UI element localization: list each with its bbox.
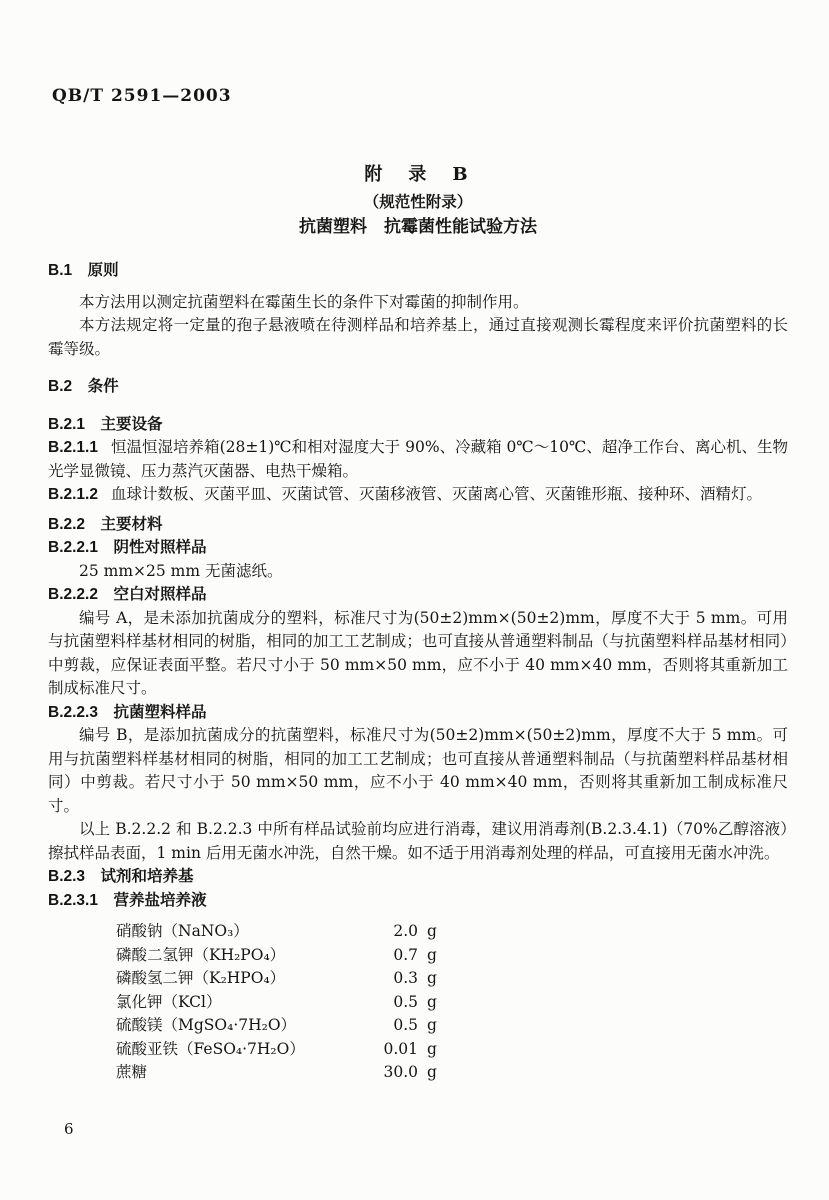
reagent-unit: g [427, 1061, 437, 1085]
paragraph-b223: 编号 B，是添加抗菌成分的抗菌塑料，标准尺寸为(50±2)mm×(50±2)mm… [48, 724, 788, 818]
heading-b2: B.2 条件 [48, 375, 788, 399]
clause-b211-label: B.2.1.1 [48, 439, 98, 456]
reagent-amount: 0.3 [360, 967, 418, 991]
clause-b211: B.2.1.1恒温恒湿培养箱(28±1)℃和相对湿度大于 90%、冷藏箱 0℃～… [48, 436, 788, 483]
reagent-amount: 0.5 [360, 1014, 418, 1038]
clause-b211-text: 恒温恒湿培养箱(28±1)℃和相对湿度大于 90%、冷藏箱 0℃～10℃、超净工… [48, 438, 788, 480]
reagent-unit: g [427, 967, 437, 991]
appendix-name: 抗菌塑料 抗霉菌性能试验方法 [48, 215, 788, 240]
appendix-label: 附 录 B [48, 162, 788, 187]
reagent-unit: g [427, 1014, 437, 1038]
heading-b223: B.2.2.3 抗菌塑料样品 [48, 701, 788, 725]
reagent-amount: 0.5 [360, 991, 418, 1015]
clause-b212-text: 血球计数板、灭菌平皿、灭菌试管、灭菌移液管、灭菌离心管、灭菌锥形瓶、接种环、酒精… [111, 485, 762, 503]
paragraph-disinfect: 以上 B.2.2.2 和 B.2.2.3 中所有样品试验前均应进行消毒，建议用消… [48, 818, 788, 865]
reagent-row: 磷酸二氢钾（KH₂PO₄） 0.7 g [48, 944, 788, 968]
document-content: 附 录 B （规范性附录） 抗菌塑料 抗霉菌性能试验方法 B.1 原则 本方法用… [48, 0, 788, 1085]
reagent-row: 磷酸氢二钾（K₂HPO₄） 0.3 g [48, 967, 788, 991]
reagent-row: 氯化钾（KCl） 0.5 g [48, 991, 788, 1015]
reagent-name: 硫酸镁（MgSO₄·7H₂O） [116, 1014, 360, 1038]
paragraph-b1-p1: 本方法用以测定抗菌塑料在霉菌生长的条件下对霉菌的抑制作用。 [48, 291, 788, 315]
paragraph-b221: 25 mm×25 mm 无菌滤纸。 [48, 560, 788, 584]
reagent-row: 硝酸钠（NaNO₃） 2.0 g [48, 920, 788, 944]
reagent-unit: g [427, 1038, 437, 1062]
page-number: 6 [64, 1120, 74, 1138]
heading-b22: B.2.2 主要材料 [48, 513, 788, 537]
reagent-amount: 2.0 [360, 920, 418, 944]
reagent-row: 硫酸镁（MgSO₄·7H₂O） 0.5 g [48, 1014, 788, 1038]
reagent-amount: 0.7 [360, 944, 418, 968]
clause-b212: B.2.1.2血球计数板、灭菌平皿、灭菌试管、灭菌移液管、灭菌离心管、灭菌锥形瓶… [48, 483, 788, 507]
reagent-name: 蔗糖 [116, 1061, 360, 1085]
reagent-name: 磷酸氢二钾（K₂HPO₄） [116, 967, 360, 991]
document-page: QB/T 2591—2003 附 录 B （规范性附录） 抗菌塑料 抗霉菌性能试… [0, 0, 829, 1200]
heading-b221: B.2.2.1 阴性对照样品 [48, 536, 788, 560]
paragraph-b222: 编号 A，是未添加抗菌成分的塑料，标准尺寸为(50±2)mm×(50±2)mm，… [48, 607, 788, 701]
heading-b23: B.2.3 试剂和培养基 [48, 865, 788, 889]
reagent-list: 硝酸钠（NaNO₃） 2.0 g 磷酸二氢钾（KH₂PO₄） 0.7 g 磷酸氢… [48, 920, 788, 1085]
reagent-amount: 0.01 [360, 1038, 418, 1062]
reagent-unit: g [427, 944, 437, 968]
reagent-name: 硝酸钠（NaNO₃） [116, 920, 360, 944]
reagent-name: 磷酸二氢钾（KH₂PO₄） [116, 944, 360, 968]
reagent-name: 硫酸亚铁（FeSO₄·7H₂O） [116, 1038, 360, 1062]
reagent-unit: g [427, 991, 437, 1015]
reagent-row: 硫酸亚铁（FeSO₄·7H₂O） 0.01 g [48, 1038, 788, 1062]
reagent-name: 氯化钾（KCl） [116, 991, 360, 1015]
heading-b231: B.2.3.1 营养盐培养液 [48, 889, 788, 913]
appendix-title-block: 附 录 B （规范性附录） 抗菌塑料 抗霉菌性能试验方法 [48, 162, 788, 240]
heading-b1: B.1 原则 [48, 259, 788, 283]
appendix-normative-label: （规范性附录） [48, 189, 788, 214]
reagent-unit: g [427, 920, 437, 944]
heading-b21: B.2.1 主要设备 [48, 413, 788, 437]
paragraph-b1-p2: 本方法规定将一定量的孢子悬液喷在待测样品和培养基上，通过直接观测长霉程度来评价抗… [48, 314, 788, 361]
clause-b212-label: B.2.1.2 [48, 486, 98, 503]
reagent-amount: 30.0 [360, 1061, 418, 1085]
reagent-row: 蔗糖 30.0 g [48, 1061, 788, 1085]
heading-b222: B.2.2.2 空白对照样品 [48, 583, 788, 607]
